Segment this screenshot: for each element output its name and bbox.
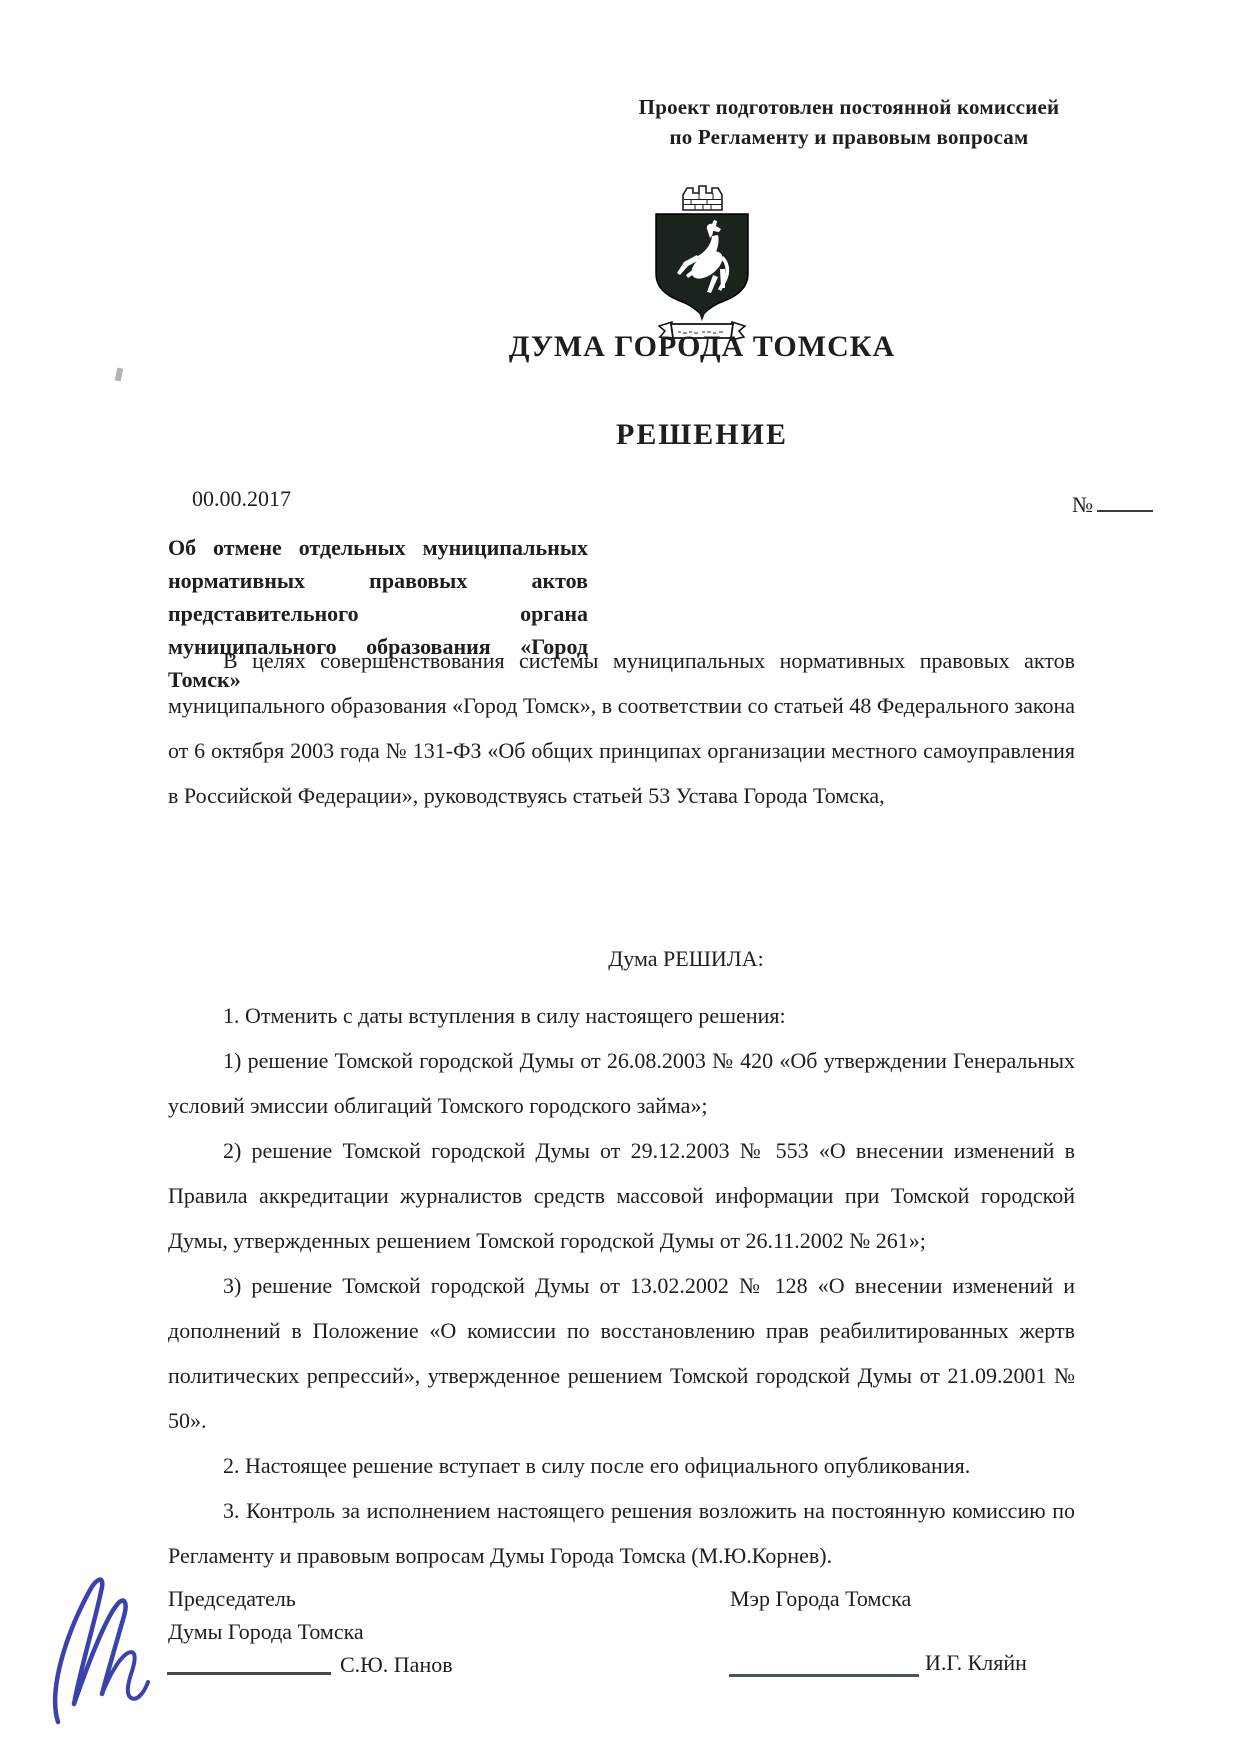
resolution-item: 3) решение Томской городской Думы от 13.… (168, 1263, 1075, 1443)
scan-artifact (115, 368, 124, 382)
resolution-item: 1. Отменить с даты вступления в силу нас… (168, 993, 1075, 1038)
resolution-item: 1) решение Томской городской Думы от 26.… (168, 1038, 1075, 1128)
doc-number: № (1072, 486, 1153, 518)
chairman-name: С.Ю. Панов (340, 1648, 453, 1681)
number-blank-line (1097, 486, 1153, 512)
resolution-item: 2) решение Томской городской Думы от 29.… (168, 1128, 1075, 1263)
prep-note-line1: Проект подготовлен постоянной комиссией (618, 92, 1080, 122)
resolved-heading: Дума РЕШИЛА: (66, 946, 1240, 972)
resolution-items: 1. Отменить с даты вступления в силу нас… (168, 993, 1075, 1578)
doc-preamble: В целях совершенствования системы муници… (168, 638, 1075, 818)
tomsk-coat-of-arms-icon (650, 158, 754, 350)
mayor-signature-line (729, 1674, 919, 1677)
mayor-title: Мэр Города Томска (730, 1582, 911, 1615)
resolution-item: 2. Настоящее решение вступает в силу пос… (168, 1443, 1075, 1488)
mural-crown-icon (683, 186, 722, 210)
doc-type-title: РЕШЕНИЕ (82, 418, 1240, 452)
prep-note-line2: по Регламенту и правовым вопросам (618, 122, 1080, 152)
org-title: ДУМА ГОРОДА ТОМСКА (82, 330, 1240, 364)
handwritten-signature-icon (40, 1560, 225, 1750)
document-page: Проект подготовлен постоянной комиссией … (0, 0, 1240, 1753)
number-sign: № (1072, 492, 1093, 517)
resolution-item: 3. Контроль за исполнением настоящего ре… (168, 1488, 1075, 1578)
mayor-name: И.Г. Кляйн (925, 1646, 1027, 1679)
prep-note: Проект подготовлен постоянной комиссией … (618, 92, 1080, 152)
doc-date: 00.00.2017 (192, 486, 291, 512)
